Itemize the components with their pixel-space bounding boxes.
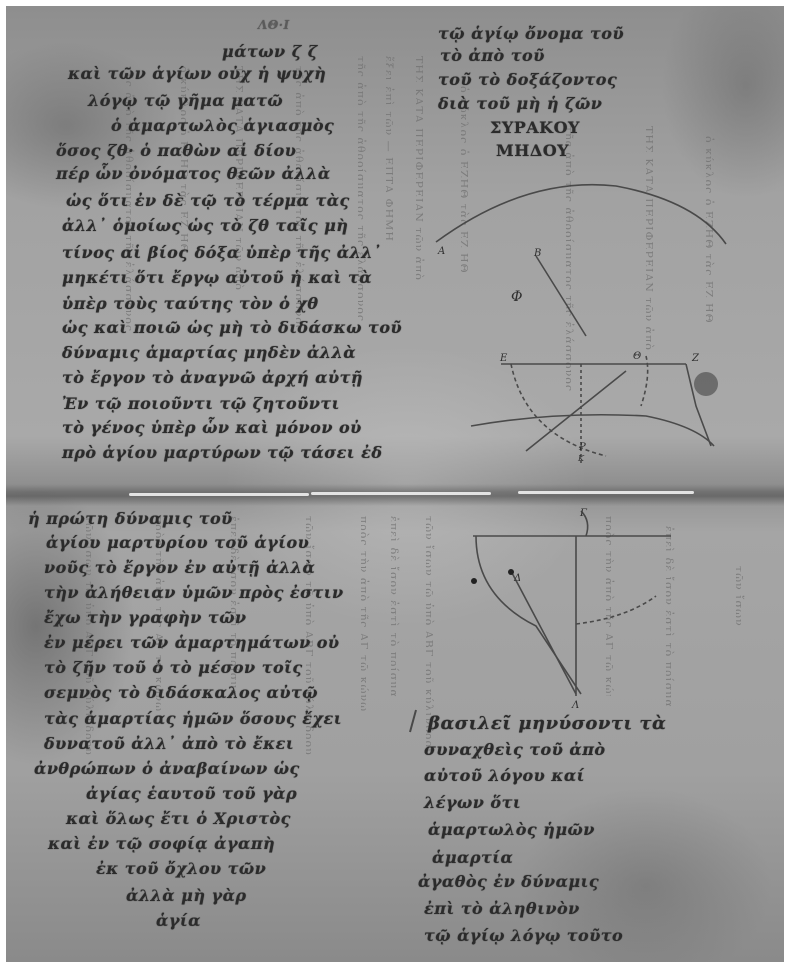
svg-text:Κ: Κ: [577, 454, 585, 463]
svg-text:Λ: Λ: [571, 700, 579, 711]
geometric-diagram: Α Β Ε Θ Ζ Ρ Κ Δ Γ Λ Φ: [6, 6, 784, 962]
parchment-leaf: τῆς ἀπὸ τῆς ἀθροίσματος τῆς ἐλάσσονος ὁ …: [6, 6, 784, 962]
svg-text:Θ: Θ: [633, 351, 641, 362]
svg-text:Ζ: Ζ: [691, 353, 700, 364]
svg-text:Φ: Φ: [511, 289, 522, 305]
svg-text:Δ: Δ: [513, 573, 521, 584]
manuscript-photo: τῆς ἀπὸ τῆς ἀθροίσματος τῆς ἐλάσσονος ὁ …: [0, 0, 790, 969]
diagram-label: Α: [437, 246, 445, 257]
svg-text:Ε: Ε: [499, 353, 508, 364]
svg-text:Ρ: Ρ: [578, 442, 586, 453]
svg-text:Β: Β: [533, 248, 541, 259]
svg-text:Γ: Γ: [579, 508, 588, 519]
